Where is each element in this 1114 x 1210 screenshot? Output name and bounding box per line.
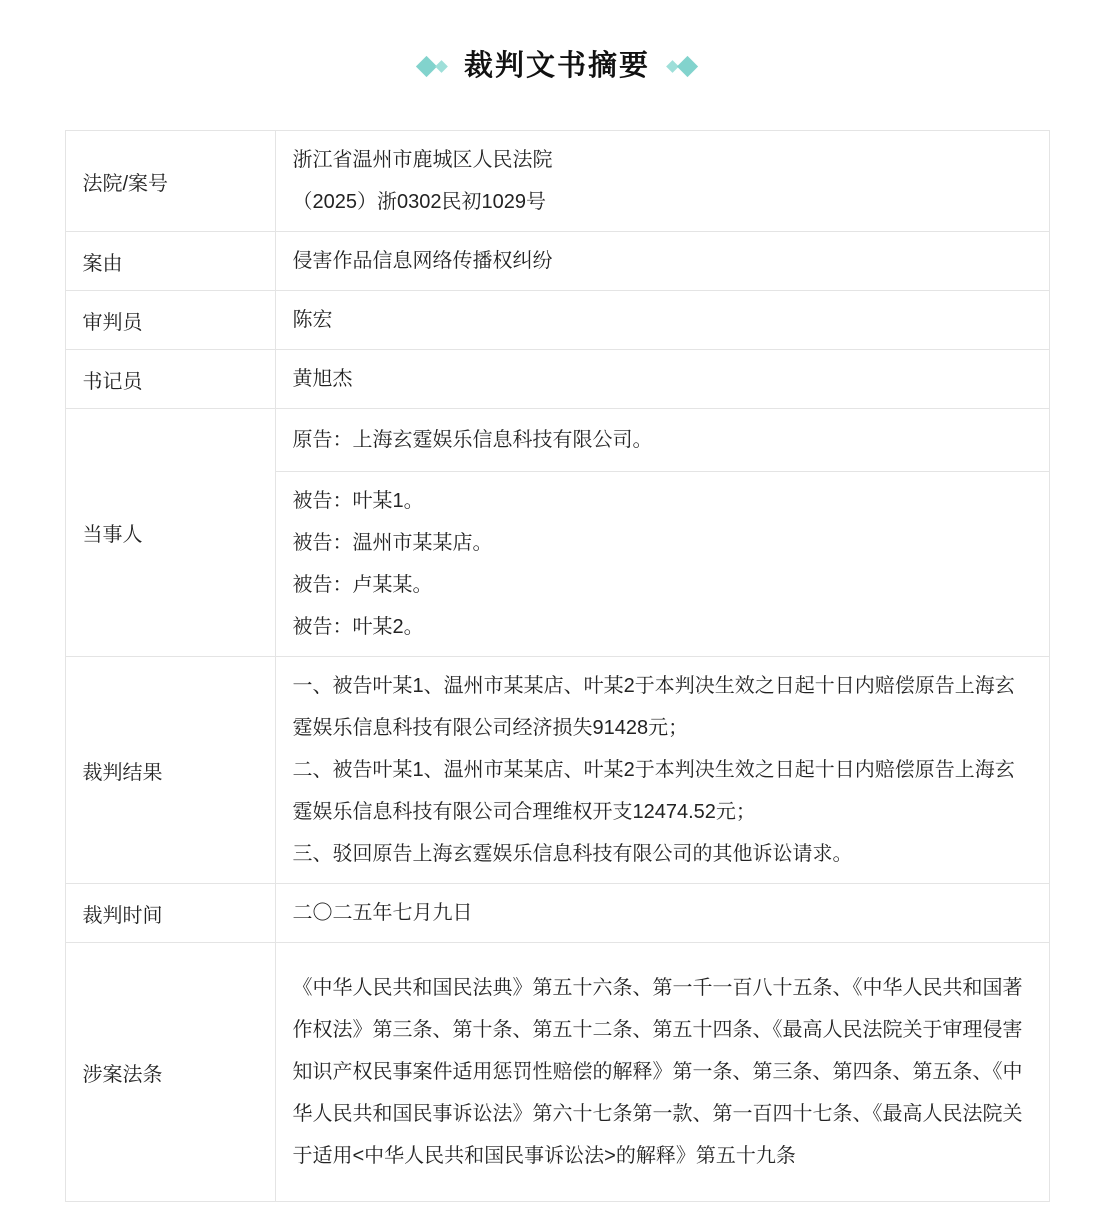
case-number: （2025）浙0302民初1029号 xyxy=(293,181,1025,223)
judgment-summary-table: 法院/案号 浙江省温州市鹿城区人民法院 （2025）浙0302民初1029号 案… xyxy=(65,130,1050,1202)
row-value-parties: 原告：上海玄霆娱乐信息科技有限公司。 被告：叶某1。 被告：温州市某某店。 被告… xyxy=(276,409,1049,656)
defendants-cell: 被告：叶某1。 被告：温州市某某店。 被告：卢某某。 被告：叶某2。 xyxy=(276,471,1049,656)
row-value-court-case: 浙江省温州市鹿城区人民法院 （2025）浙0302民初1029号 xyxy=(276,131,1049,231)
court-name: 浙江省温州市鹿城区人民法院 xyxy=(293,139,1025,181)
row-label-judge: 审判员 xyxy=(66,291,276,349)
diamond-icon xyxy=(677,55,698,76)
table-row-clerk: 书记员 黄旭杰 xyxy=(66,349,1049,408)
clerk-name: 黄旭杰 xyxy=(293,358,1025,400)
judgment-item: 一、被告叶某1、温州市某某店、叶某2于本判决生效之日起十日内赔偿原告上海玄霆娱乐… xyxy=(293,665,1025,749)
title-decoration-right xyxy=(668,59,695,74)
judgment-summary-page: 裁判文书摘要 法院/案号 浙江省温州市鹿城区人民法院 （2025）浙0302民初… xyxy=(0,0,1114,1210)
row-label-clerk: 书记员 xyxy=(66,350,276,408)
row-label-cause: 案由 xyxy=(66,232,276,290)
defendant-line: 被告：卢某某。 xyxy=(293,564,1025,606)
table-row-parties: 当事人 原告：上海玄霆娱乐信息科技有限公司。 被告：叶某1。 被告：温州市某某店… xyxy=(66,408,1049,656)
row-label-court-case: 法院/案号 xyxy=(66,131,276,231)
row-value-laws: 《中华人民共和国民法典》第五十六条、第一千一百八十五条、《中华人民共和国著作权法… xyxy=(276,943,1049,1201)
defendant-line: 被告：叶某2。 xyxy=(293,606,1025,648)
legal-provisions: 《中华人民共和国民法典》第五十六条、第一千一百八十五条、《中华人民共和国著作权法… xyxy=(293,967,1025,1177)
row-value-date: 二〇二五年七月九日 xyxy=(276,884,1049,942)
title-decoration-left xyxy=(419,59,446,74)
plaintiff-line: 原告：上海玄霆娱乐信息科技有限公司。 xyxy=(293,419,1025,461)
table-row-cause: 案由 侵害作品信息网络传播权纠纷 xyxy=(66,231,1049,290)
row-value-cause: 侵害作品信息网络传播权纠纷 xyxy=(276,232,1049,290)
row-label-date: 裁判时间 xyxy=(66,884,276,942)
defendant-line: 被告：叶某1。 xyxy=(293,480,1025,522)
row-value-result: 一、被告叶某1、温州市某某店、叶某2于本判决生效之日起十日内赔偿原告上海玄霆娱乐… xyxy=(276,657,1049,883)
cause-of-action: 侵害作品信息网络传播权纠纷 xyxy=(293,240,1025,282)
plaintiff-cell: 原告：上海玄霆娱乐信息科技有限公司。 xyxy=(276,409,1049,471)
row-label-result: 裁判结果 xyxy=(66,657,276,883)
table-row-court-case: 法院/案号 浙江省温州市鹿城区人民法院 （2025）浙0302民初1029号 xyxy=(66,131,1049,231)
diamond-icon xyxy=(435,60,448,73)
table-row-judge: 审判员 陈宏 xyxy=(66,290,1049,349)
table-row-result: 裁判结果 一、被告叶某1、温州市某某店、叶某2于本判决生效之日起十日内赔偿原告上… xyxy=(66,656,1049,883)
judge-name: 陈宏 xyxy=(293,299,1025,341)
judgment-date: 二〇二五年七月九日 xyxy=(293,892,1025,934)
row-value-judge: 陈宏 xyxy=(276,291,1049,349)
page-title: 裁判文书摘要 xyxy=(464,52,650,81)
table-row-laws: 涉案法条 《中华人民共和国民法典》第五十六条、第一千一百八十五条、《中华人民共和… xyxy=(66,942,1049,1201)
row-label-laws: 涉案法条 xyxy=(66,943,276,1201)
judgment-item: 三、驳回原告上海玄霆娱乐信息科技有限公司的其他诉讼请求。 xyxy=(293,833,1025,875)
judgment-item: 二、被告叶某1、温州市某某店、叶某2于本判决生效之日起十日内赔偿原告上海玄霆娱乐… xyxy=(293,749,1025,833)
defendant-line: 被告：温州市某某店。 xyxy=(293,522,1025,564)
page-header: 裁判文书摘要 xyxy=(0,0,1114,88)
table-row-date: 裁判时间 二〇二五年七月九日 xyxy=(66,883,1049,942)
row-label-parties: 当事人 xyxy=(66,409,276,656)
row-value-clerk: 黄旭杰 xyxy=(276,350,1049,408)
